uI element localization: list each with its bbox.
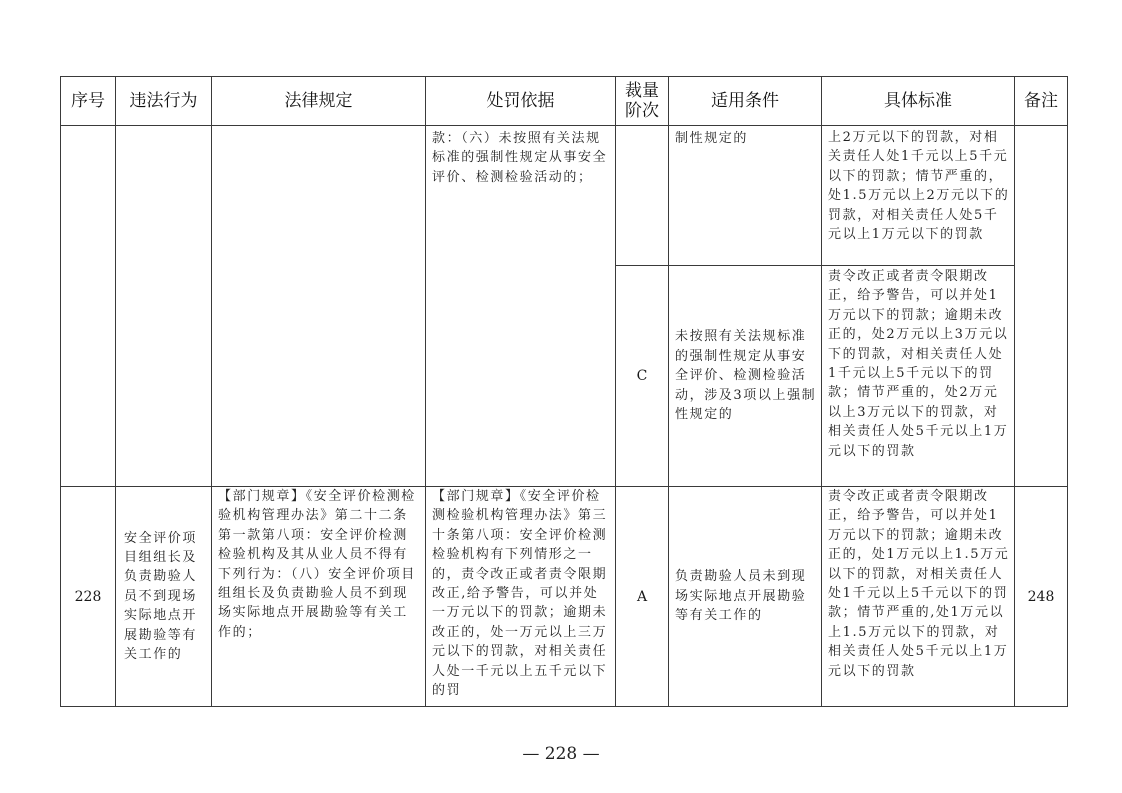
row228-penalty-basis-cell: 【部门规章】《安全评价检测检验机构管理办法》第三十条第八项：安全评价检测检验机构… <box>425 486 616 707</box>
cont-sub2-conditions-text: 未按照有关法规标准的强制性规定从事安全评价、检测检验活动，涉及3项以上强制性规定… <box>675 327 817 424</box>
cont-violation-cell <box>115 125 212 487</box>
document-page: 序号 违法行为 法律规定 处罚依据 裁量 阶次 适用条件 具体标准 备注 款：（… <box>0 0 1122 793</box>
header-conditions: 适用条件 <box>668 76 822 126</box>
cont-sub1-standard-cell: 上2万元以下的罚款，对相关责任人处1千元以上5千元以下的罚款；情节严重的，处1.… <box>821 125 1015 266</box>
header-level-line1: 裁量 <box>625 81 659 101</box>
cont-sub2-conditions-cell: 未按照有关法规标准的强制性规定从事安全评价、检测检验活动，涉及3项以上强制性规定… <box>668 265 822 487</box>
cont-legal-provision-cell <box>211 125 426 487</box>
row228-conditions-cell: 负责勘验人员未到现场实际地点开展勘验等有关工作的 <box>668 486 822 707</box>
header-violation: 违法行为 <box>115 76 212 126</box>
header-penalty-basis: 处罚依据 <box>425 76 616 126</box>
cont-sub1-conditions-cell: 制性规定的 <box>668 125 822 266</box>
row228-violation-cell: 安全评价项目组组长及负责勘验人员不到现场实际地点开展勘验等有关工作的 <box>115 486 212 707</box>
header-index: 序号 <box>60 76 116 126</box>
cont-sub1-level-cell <box>615 125 669 266</box>
row228-index-cell: 228 <box>60 486 116 707</box>
row228-legal-provision-cell: 【部门规章】《安全评价检测检验机构管理办法》第二十二条第一款第八项：安全评价检测… <box>211 486 426 707</box>
row228-level-cell: A <box>615 486 669 707</box>
cont-remarks-cell <box>1014 125 1068 487</box>
row228-standard-cell: 责令改正或者责令限期改正，给予警告，可以并处1万元以下的罚款；逾期未改正的，处1… <box>821 486 1015 707</box>
row228-violation-text: 安全评价项目组组长及负责勘验人员不到现场实际地点开展勘验等有关工作的 <box>124 529 207 665</box>
row228-remarks-cell: 248 <box>1014 486 1068 707</box>
header-remarks: 备注 <box>1014 76 1068 126</box>
header-level: 裁量 阶次 <box>615 76 669 126</box>
cont-sub2-level-cell: C <box>615 265 669 487</box>
header-level-line2: 阶次 <box>625 101 659 121</box>
cont-index-cell <box>60 125 116 487</box>
cont-sub2-standard-cell: 责令改正或者责令限期改正，给予警告，可以并处1万元以下的罚款；逾期未改正的，处2… <box>821 265 1015 487</box>
row228-conditions-text: 负责勘验人员未到现场实际地点开展勘验等有关工作的 <box>675 567 817 625</box>
header-legal-provision: 法律规定 <box>211 76 426 126</box>
header-standard: 具体标准 <box>821 76 1015 126</box>
page-number: — 228 — <box>0 744 1122 764</box>
cont-penalty-basis-cell: 款：（六）未按照有关法规标准的强制性规定从事安全评价、检测检验活动的； <box>425 125 616 487</box>
